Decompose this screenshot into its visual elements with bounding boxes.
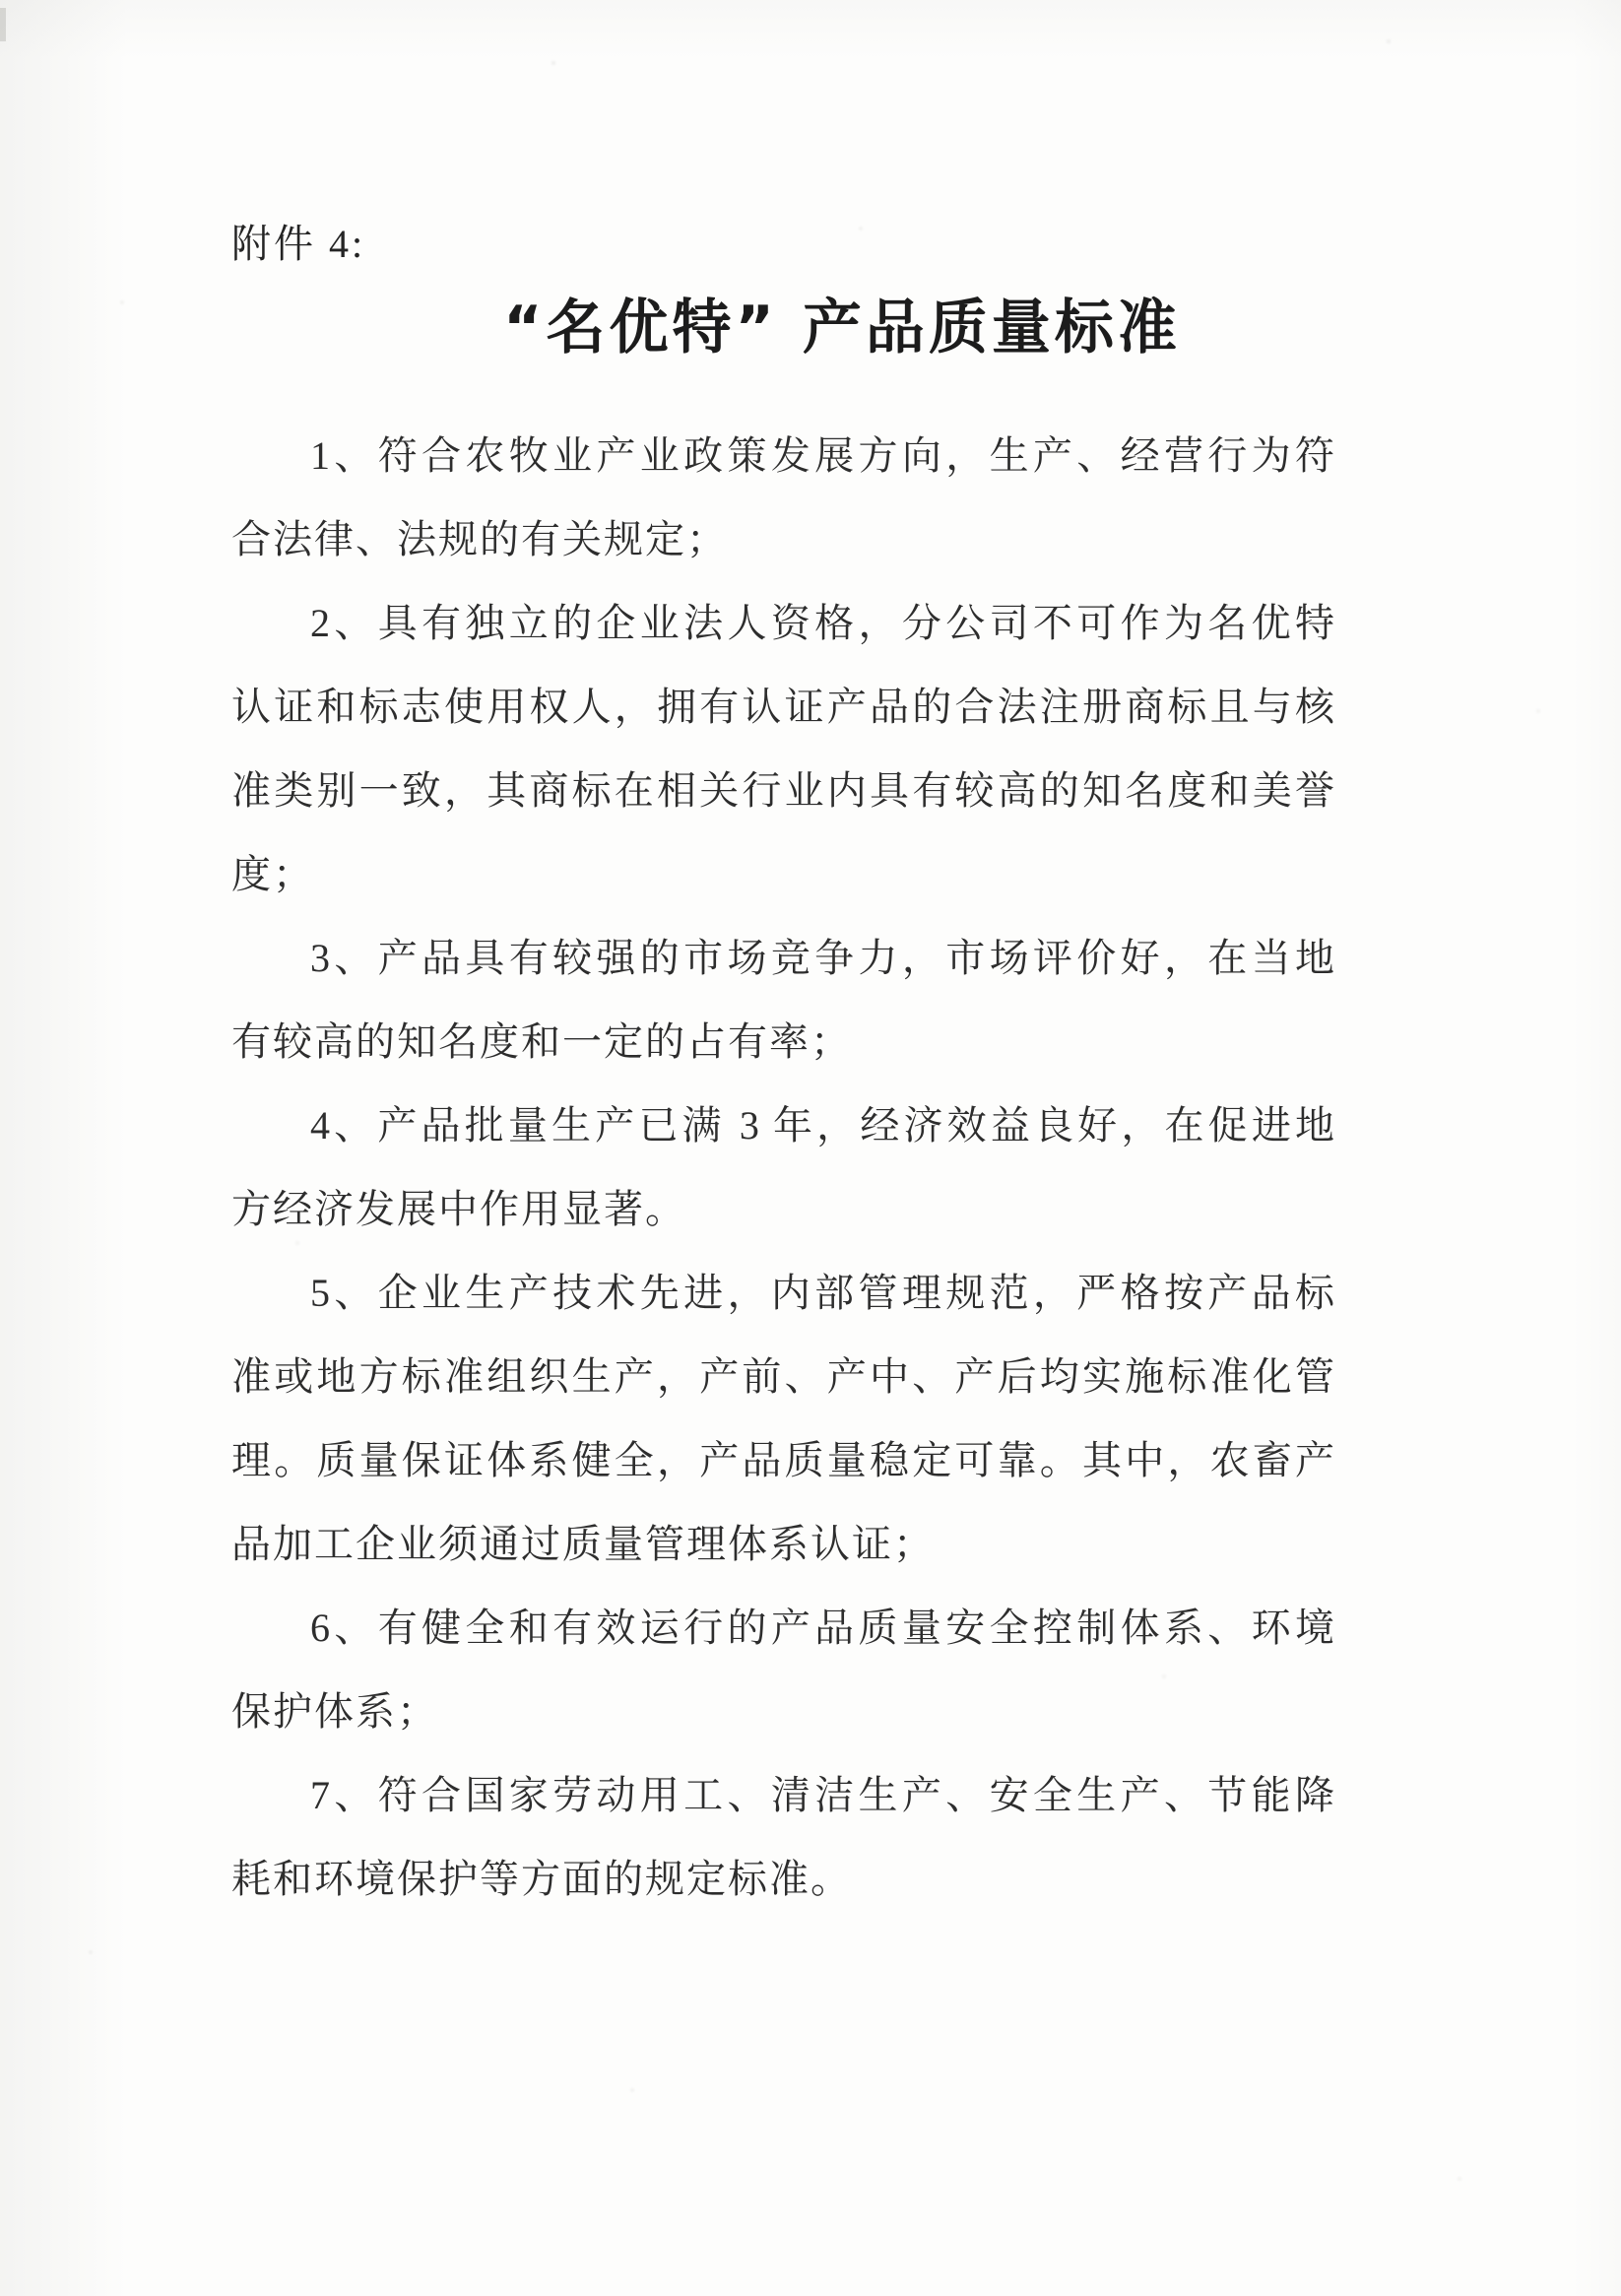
text-line: 品加工企业须通过质量管理体系认证；: [231, 1502, 1334, 1586]
text-line: 4、产品批量生产已满 3 年，经济效益良好，在促进地: [231, 1083, 1334, 1167]
document-body: 1、符合农牧业产业政策发展方向，生产、经营行为符合法律、法规的有关规定；2、具有…: [231, 414, 1334, 1921]
text-line: 认证和标志使用权人，拥有认证产品的合法注册商标且与核: [231, 665, 1334, 749]
scan-edge-mark: [0, 8, 6, 41]
text-line: 理。质量保证体系健全，产品质量稳定可靠。其中，农畜产: [231, 1418, 1334, 1502]
text-line: 耗和环境保护等方面的规定标准。: [231, 1837, 1334, 1921]
text-line: 1、符合农牧业产业政策发展方向，生产、经营行为符: [231, 414, 1334, 497]
text-line: 有较高的知名度和一定的占有率；: [231, 1000, 1334, 1083]
text-line: 方经济发展中作用显著。: [231, 1167, 1334, 1251]
text-line: 5、企业生产技术先进，内部管理规范，严格按产品标: [231, 1251, 1334, 1335]
scanned-document-page: 附件 4: “名优特” 产品质量标准 1、符合农牧业产业政策发展方向，生产、经营…: [0, 0, 1621, 2296]
document-title: “名优特” 产品质量标准: [291, 288, 1394, 368]
text-line: 度；: [231, 832, 1334, 916]
text-line: 3、产品具有较强的市场竞争力，市场评价好，在当地: [231, 916, 1334, 1000]
text-line: 7、符合国家劳动用工、清洁生产、安全生产、节能降: [231, 1753, 1334, 1837]
text-line: 2、具有独立的企业法人资格，分公司不可作为名优特: [231, 581, 1334, 665]
scan-noise: [0, 0, 4, 4]
text-line: 准类别一致，其商标在相关行业内具有较高的知名度和美誉: [231, 749, 1334, 832]
text-line: 准或地方标准组织生产，产前、产中、产后均实施标准化管: [231, 1335, 1334, 1418]
text-line: 6、有健全和有效运行的产品质量安全控制体系、环境: [231, 1586, 1334, 1670]
text-line: 保护体系；: [231, 1670, 1334, 1753]
text-line: 合法律、法规的有关规定；: [231, 497, 1334, 581]
attachment-label: 附件 4:: [231, 215, 365, 274]
